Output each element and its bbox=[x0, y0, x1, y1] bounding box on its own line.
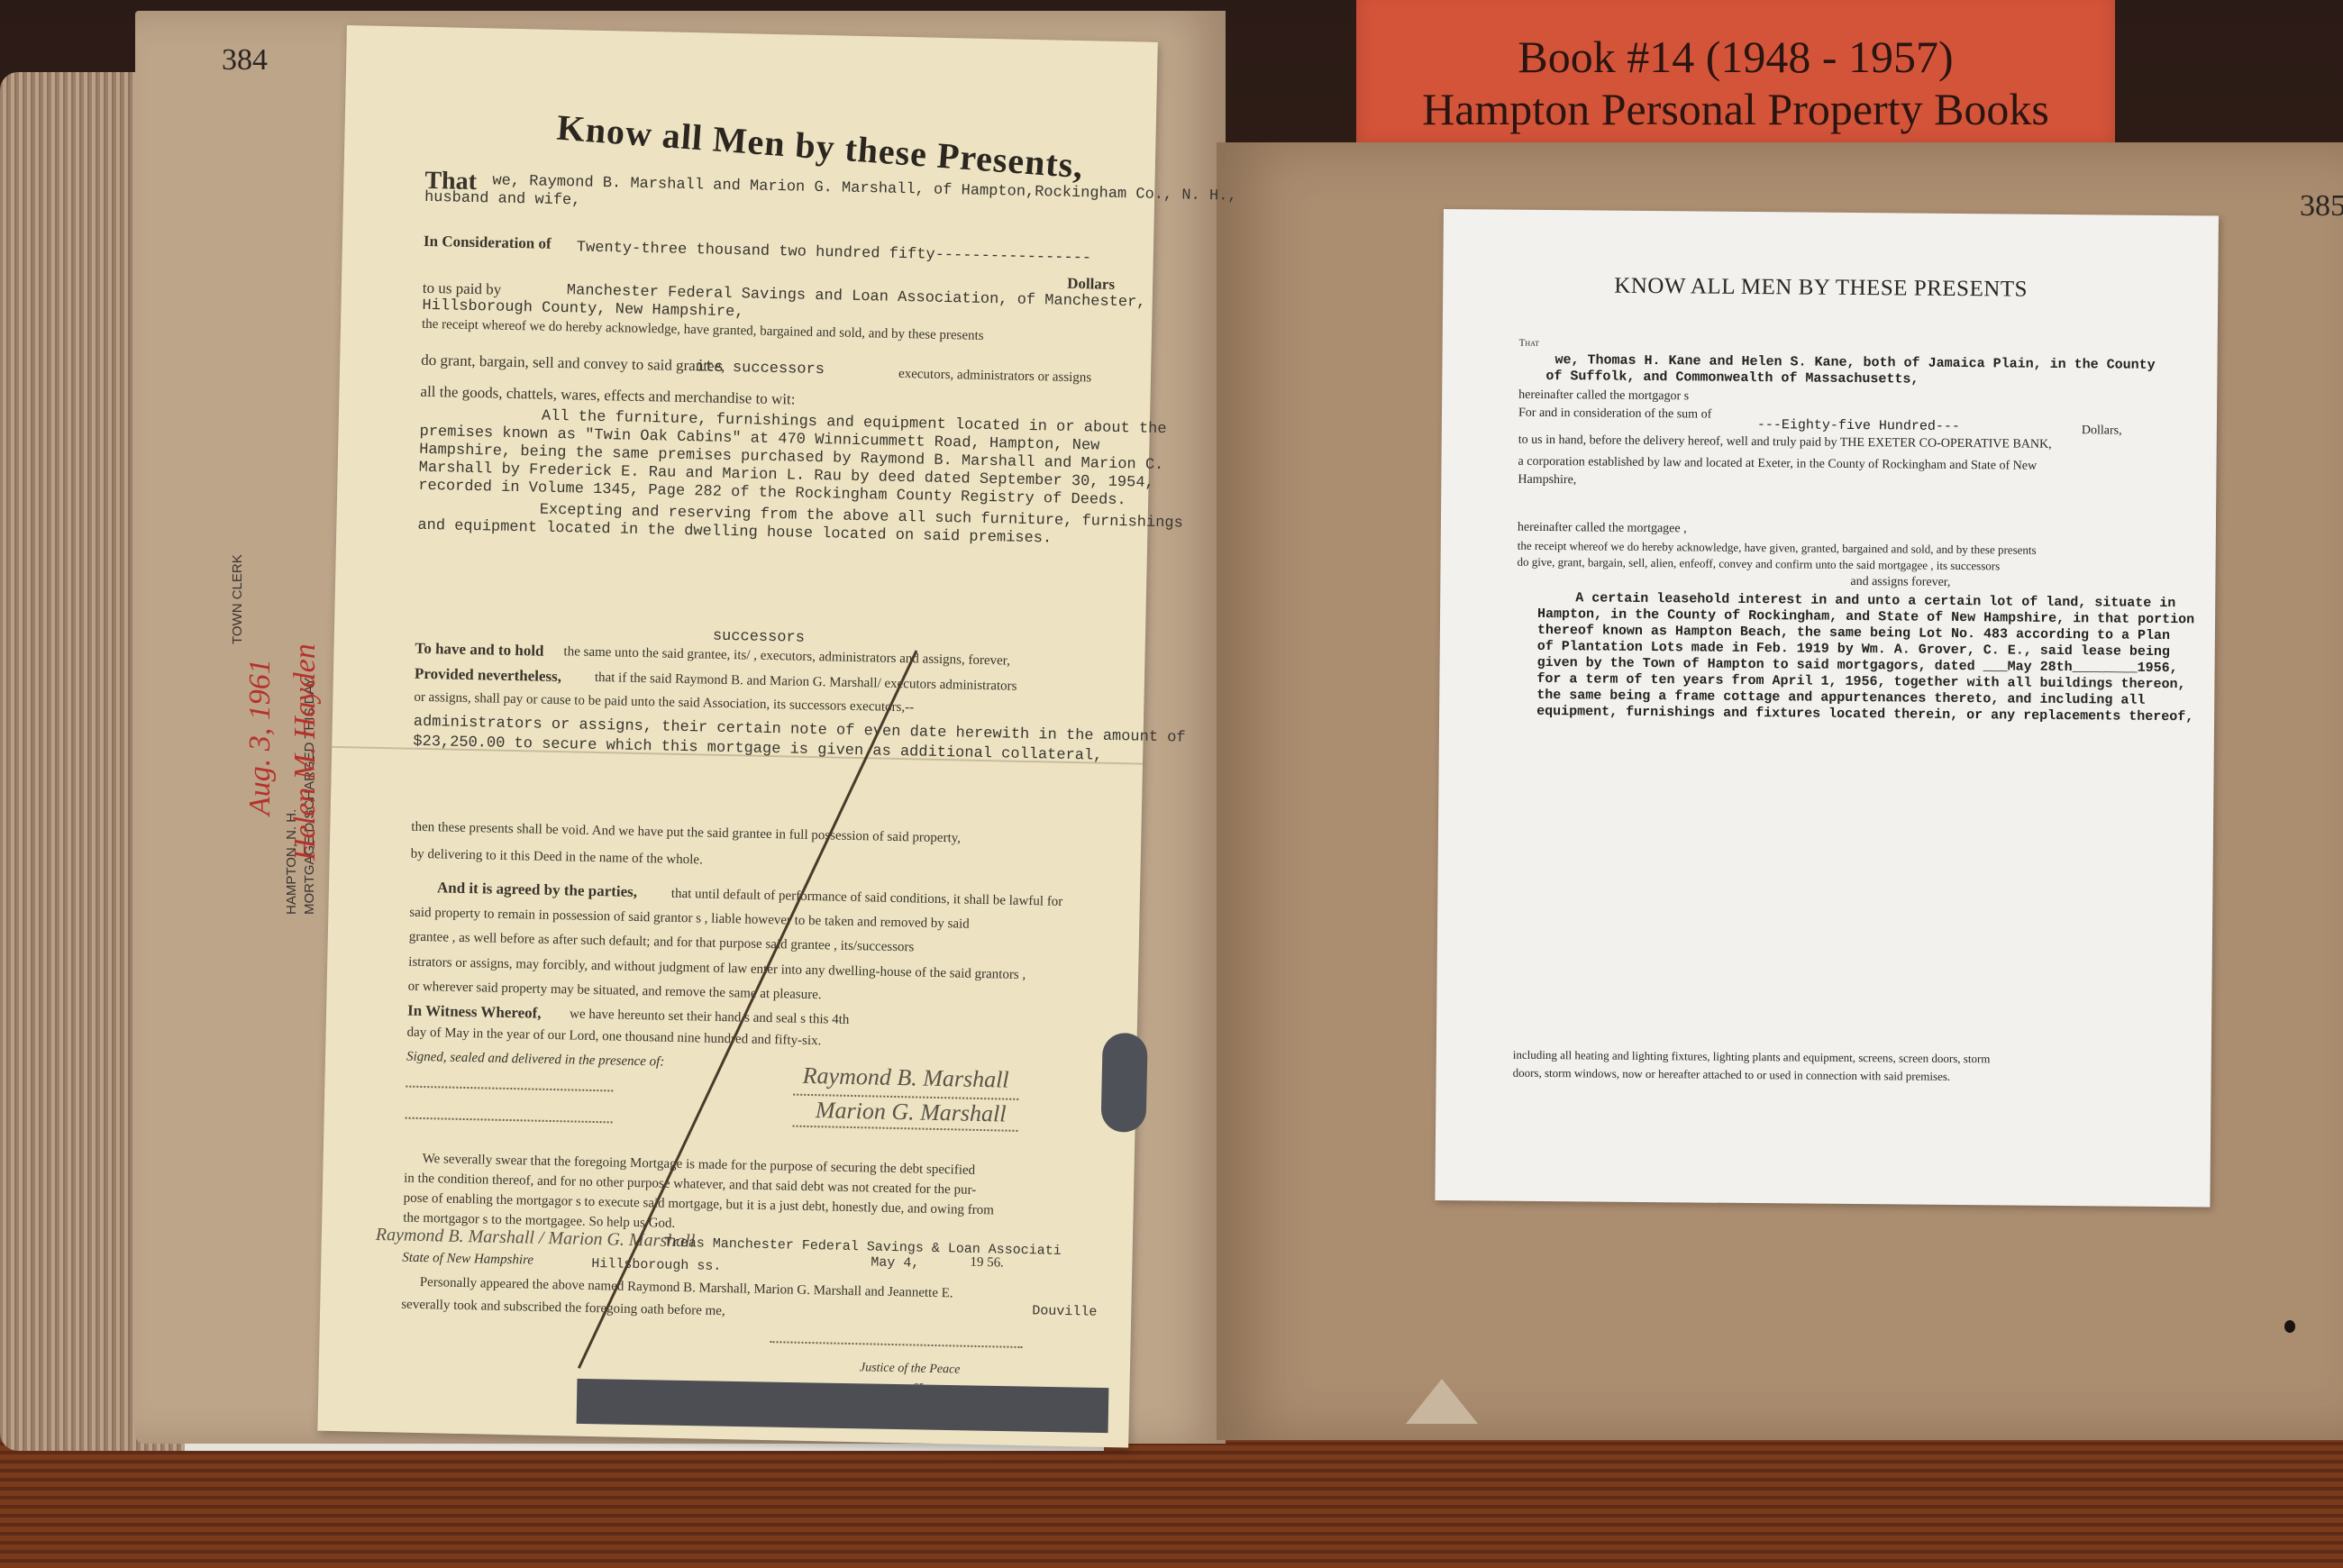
county: Hillsborough ss. bbox=[591, 1256, 721, 1274]
provided-label: Provided nevertheless, bbox=[415, 665, 561, 686]
witness-2: day of May in the year of our Lord, one … bbox=[406, 1026, 821, 1050]
right-dollars: Dollars, bbox=[2082, 424, 2122, 438]
grantors-2: husband and wife, bbox=[424, 189, 581, 210]
grey-backing-strip bbox=[577, 1379, 1109, 1433]
receipt-line: the receipt whereof we do hereby acknowl… bbox=[422, 317, 984, 344]
to-have-typed: successors bbox=[713, 628, 805, 647]
left-mortgage-document: Know all Men by these Presents, That we,… bbox=[317, 25, 1157, 1448]
right-hampshire: Hampshire, bbox=[1518, 473, 1576, 488]
oath-date: May 4, bbox=[871, 1254, 919, 1271]
agreed-text: that until default of performance of sai… bbox=[671, 887, 1063, 910]
grant-end: executors, administrators or assigns bbox=[898, 367, 1091, 386]
assigns-line: or assigns, shall pay or cause to be pai… bbox=[414, 690, 914, 716]
agreed-label: And it is agreed by the parties, bbox=[437, 879, 637, 901]
left-page-number: 384 bbox=[222, 43, 268, 77]
to-have-label: To have and to hold bbox=[415, 640, 543, 661]
oath-year: 19 56. bbox=[970, 1255, 1004, 1272]
signature-marion: Marion G. Marshall bbox=[816, 1097, 1007, 1127]
ink-spot bbox=[2284, 1320, 2295, 1333]
appeared-name-end: Douville bbox=[1032, 1303, 1097, 1320]
witness-line-2 bbox=[406, 1117, 613, 1124]
right-amount: ---Eighty-five Hundred--- bbox=[1757, 417, 1960, 434]
right-assigns: and assigns forever, bbox=[1850, 575, 1950, 590]
right-mortgagee: hereinafter called the mortgagee , bbox=[1518, 521, 1687, 537]
stamp-signature-handwritten: Helen M. Hayden bbox=[288, 643, 323, 861]
agreed-4: istrators or assigns, may forcibly, and … bbox=[408, 955, 1026, 983]
appeared-line: Personally appeared the above named Raym… bbox=[420, 1275, 953, 1301]
label-title: Book #14 (1948 - 1957) bbox=[1356, 32, 2115, 82]
right-including-2: doors, storm windows, now or hereafter a… bbox=[1513, 1066, 1951, 1084]
to-have-text: the same unto the said grantee, its/ , e… bbox=[563, 644, 1010, 669]
signature-raymond: Raymond B. Marshall bbox=[802, 1062, 1009, 1094]
stamp-town-clerk: TOWN CLERK bbox=[230, 554, 245, 644]
grant-line: do grant, bargain, sell and convey to sa… bbox=[421, 351, 725, 376]
right-give: do give, grant, bargain, sell, alien, en… bbox=[1518, 555, 2001, 574]
book-label: Book #14 (1948 - 1957) Hampton Personal … bbox=[1356, 0, 2115, 153]
right-corporation: a corporation established by law and loc… bbox=[1518, 455, 2037, 474]
notary-seal bbox=[1100, 1033, 1147, 1133]
consideration-label: In Consideration of bbox=[424, 232, 552, 253]
to-us: to us paid by bbox=[423, 279, 502, 299]
witness-text: we have hereunto set their hand s and se… bbox=[570, 1007, 850, 1027]
void-line: then these presents shall be void. And w… bbox=[411, 820, 961, 847]
agreed-2: said property to remain in possession of… bbox=[409, 906, 970, 933]
right-consideration: For and in consideration of the sum of bbox=[1518, 406, 1711, 423]
page-tear-dent bbox=[1406, 1379, 1478, 1424]
delivering-line: by delivering to it this Deed in the nam… bbox=[411, 847, 703, 869]
appeared-2: severally took and subscribed the forego… bbox=[401, 1298, 725, 1320]
state-label: State of New Hampshire bbox=[402, 1251, 533, 1269]
right-paid: to us in hand, before the delivery hereo… bbox=[1518, 433, 2052, 452]
right-mortgage-document: KNOW ALL MEN BY THESE PRESENTS That we, … bbox=[1435, 209, 2219, 1207]
right-mortgagor: hereinafter called the mortgagor s bbox=[1518, 388, 1689, 405]
witness-line-1 bbox=[406, 1086, 613, 1092]
right-page-number: 385 bbox=[2300, 189, 2343, 223]
signed-line: Signed, sealed and delivered in the pres… bbox=[406, 1050, 665, 1071]
right-that-label: That bbox=[1519, 338, 1539, 349]
label-subtitle: Hampton Personal Property Books bbox=[1356, 84, 2115, 134]
grant-typed: its successors bbox=[696, 359, 825, 378]
provided-text: that if the said Raymond B. and Marion G… bbox=[595, 670, 1017, 695]
grantors: we, Raymond B. Marshall and Marion G. Ma… bbox=[492, 172, 1237, 205]
justice-label: Justice of the Peace bbox=[860, 1361, 961, 1377]
agreed-3: grantee , as well before as after such d… bbox=[409, 930, 915, 956]
dollars-label: Dollars bbox=[1067, 275, 1115, 294]
discharge-stamp: HAMPTON, N. H. MORTGAGE DISCHARGED THIS … bbox=[194, 577, 329, 919]
stamp-date-handwritten: Aug. 3, 1961 bbox=[243, 659, 278, 816]
justice-signature-line bbox=[770, 1341, 1022, 1348]
right-doc-title: KNOW ALL MEN BY THESE PRESENTS bbox=[1614, 274, 2028, 303]
witness-label: In Witness Whereof, bbox=[407, 1002, 542, 1023]
goods-line: all the goods, chattels, wares, effects … bbox=[420, 383, 795, 409]
wood-table-edge bbox=[0, 1433, 2343, 1568]
right-grantors-2: of Suffolk, and Commonwealth of Massachu… bbox=[1545, 369, 1919, 387]
consideration-amount: Twenty-three thousand two hundred fifty-… bbox=[577, 239, 1092, 267]
right-including-1: including all heating and lighting fixtu… bbox=[1513, 1048, 1991, 1067]
